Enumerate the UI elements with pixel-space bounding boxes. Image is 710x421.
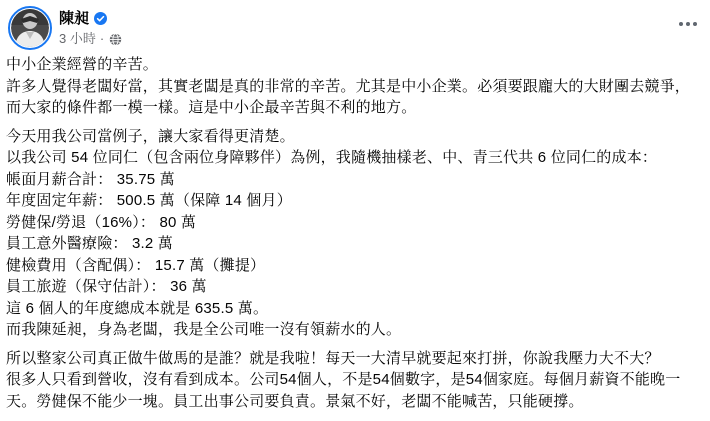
author-row: 陳昶 [59,9,122,28]
verified-badge-icon [94,12,107,25]
post-line: 年度固定年薪： 500.5 萬（保障 14 個月） [6,190,702,212]
post-line: 中小企業經營的辛苦。 [6,54,702,76]
ellipsis-menu-button[interactable] [672,8,704,40]
post-header: 陳昶 3 小時 · [0,0,710,50]
timestamp[interactable]: 3 小時 [59,31,96,47]
post-paragraph: 中小企業經營的辛苦。許多人覺得老闆好當，其實老闆是真的非常的辛苦。尤其是中小企業… [6,54,702,119]
post-line: 所以整家公司真正做牛做馬的是誰？就是我啦！每天一大清早就要起來打拼，你說我壓力大… [6,348,702,370]
post-paragraph: 今天用我公司當例子，讓大家看得更清楚。以我公司 54 位同仁（包含兩位身障夥伴）… [6,126,702,341]
post-line: 健檢費用（含配偶）： 15.7 萬（攤提） [6,255,702,277]
post-line: 員工旅遊（保守估計）： 36 萬 [6,276,702,298]
post-line: 勞健保/勞退（16%）： 80 萬 [6,212,702,234]
post-line: 很多人只看到營收，沒有看到成本。公司54個人，不是54個數字，是54個家庭。每個… [6,369,702,412]
post-line: 今天用我公司當例子，讓大家看得更清楚。 [6,126,702,148]
post-line: 許多人覺得老闆好當，其實老闆是真的非常的辛苦。尤其是中小企業。必須要跟龐大的大財… [6,76,702,119]
post-line: 帳面月薪合計： 35.75 萬 [6,169,702,191]
avatar[interactable] [8,6,52,50]
ellipsis-menu-icon [679,22,683,26]
meta-separator: · [100,31,104,47]
post-line: 這 6 個人的年度總成本就是 635.5 萬。 [6,298,702,320]
profile-photo [11,9,49,47]
author-name[interactable]: 陳昶 [59,9,89,28]
globe-icon [109,33,122,46]
post-content: 中小企業經營的辛苦。許多人覺得老闆好當，其實老闆是真的非常的辛苦。尤其是中小企業… [0,50,710,412]
facebook-post-page: { "header": { "author": "陳昶", "verified"… [0,0,710,421]
post-meta-row: 3 小時 · [59,31,122,47]
post-line: 而我陳延昶，身為老闆，我是全公司唯一沒有領薪水的人。 [6,319,702,341]
post-paragraph: 所以整家公司真正做牛做馬的是誰？就是我啦！每天一大清早就要起來打拼，你說我壓力大… [6,348,702,413]
post-line: 員工意外醫療險： 3.2 萬 [6,233,702,255]
post-line: 以我公司 54 位同仁（包含兩位身障夥伴）為例，我隨機抽樣老、中、青三代共 6 … [6,147,702,169]
header-meta: 陳昶 3 小時 · [59,6,122,50]
